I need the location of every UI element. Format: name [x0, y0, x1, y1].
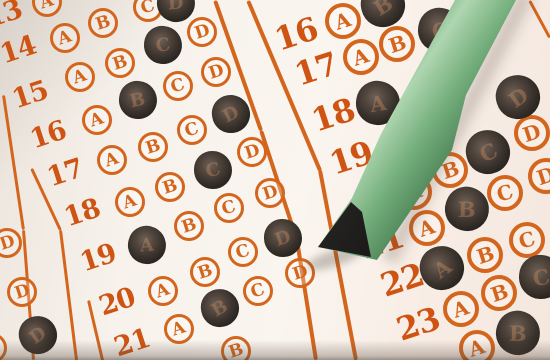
bubble-L13-A: A: [32, 0, 62, 17]
bubble-L19-C: C: [214, 193, 244, 223]
bubble-L21-A: A: [164, 314, 194, 344]
question-number-L14: 14: [0, 30, 40, 70]
question-number-R19: 19: [325, 133, 377, 182]
question-number-L20: 20: [95, 282, 138, 322]
bubble-letter: D: [520, 119, 544, 147]
bubble-sx-D: D: [7, 277, 37, 307]
faint-letter: D: [503, 82, 532, 113]
faint-letter: B: [369, 0, 397, 20]
bubble-letter: A: [450, 295, 472, 323]
bubble-Rx-A: A: [396, 174, 432, 210]
bubble-letter: D: [12, 280, 32, 304]
question-number-L16: 16: [26, 115, 69, 155]
faint-letter: B: [128, 88, 147, 112]
pencil-mark-sx-D: D: [14, 311, 62, 359]
answer-sheet-photo: DDDDC 13A14ABCDD15ABCCD16ABBCD17ABCDD18A…: [0, 0, 550, 360]
bubble-letter: B: [487, 279, 510, 307]
bubble-L15-B: B: [105, 48, 135, 78]
bubble-letter: A: [170, 317, 189, 340]
bubble-letter: A: [71, 65, 90, 88]
bubble-letter: A: [121, 190, 140, 213]
pencil-mark-Rx-C: C: [462, 126, 514, 178]
faint-letter: A: [139, 234, 154, 256]
pencil-mark-L21-B: B: [197, 285, 242, 330]
bubble-letter: B: [93, 11, 113, 34]
bubble-letter: D: [192, 20, 212, 44]
bubble-letter: C: [516, 226, 539, 254]
faint-letter: C: [530, 263, 550, 291]
bubble-L19-D: D: [255, 178, 285, 208]
bubble-L17-C: C: [177, 115, 207, 145]
bubble-letter: C: [0, 336, 2, 359]
bubble-sx-D: D: [0, 228, 22, 258]
bubble-R21-D: D: [528, 158, 550, 194]
question-number-R18: 18: [307, 90, 359, 139]
bubble-L15-A: A: [65, 62, 95, 92]
pencil-mark-L19-A: A: [124, 222, 170, 268]
question-number-L13: 13: [0, 0, 26, 34]
bubble-L16-C: C: [163, 71, 193, 101]
bubble-letter: B: [160, 175, 180, 198]
bubble-letter: C: [233, 240, 252, 263]
pencil-mark-L20-D: D: [264, 219, 303, 258]
bubble-letter: A: [88, 108, 107, 131]
bubble-R23-B: B: [481, 275, 517, 311]
bubble-letter: A: [403, 178, 425, 206]
bubble-letter: A: [103, 148, 122, 171]
faint-letter: B: [458, 197, 476, 222]
bubble-sx-C: C: [0, 333, 7, 360]
faint-letter: A: [368, 89, 388, 116]
pencil-mark-R18-A: A: [353, 78, 403, 128]
bubble-L20-B: B: [190, 257, 220, 287]
bubble-R17-A: A: [343, 39, 379, 75]
bubble-R21-A: A: [409, 210, 445, 246]
faint-letter: C: [203, 158, 223, 182]
bubble-letter: B: [195, 260, 215, 283]
bubble-L15-D: D: [187, 17, 217, 47]
bubble-letter: B: [143, 135, 163, 158]
bubble-L16-A: A: [82, 105, 112, 135]
question-number-L19: 19: [76, 238, 119, 278]
bubble-letter: C: [219, 196, 238, 219]
bubble-L21-D: D: [285, 258, 315, 288]
bubble-letter: C: [168, 74, 187, 97]
pencil-mark-L18-C: C: [194, 151, 233, 190]
question-number-R21: 21: [356, 217, 408, 266]
separator-line-10: [528, 0, 550, 38]
bubble-Rx-B: B: [432, 152, 468, 188]
bubble-letter: D: [260, 181, 280, 205]
bubble-R22-B: B: [467, 237, 503, 273]
bubble-L18-B: B: [155, 172, 185, 202]
bubble-letter: A: [416, 214, 438, 242]
pencil-mark-R17-C: C: [415, 5, 466, 56]
question-number-R23: 23: [392, 299, 444, 348]
bubble-letter: B: [438, 156, 461, 184]
faint-letter: C: [475, 137, 502, 167]
bubble-letter: D: [242, 140, 262, 164]
bubble-L19-B: B: [174, 211, 204, 241]
question-number-L21: 21: [110, 323, 153, 360]
bubble-letter: D: [0, 231, 17, 255]
pencil-mark-R23-C: C: [518, 254, 550, 301]
bubble-L18-A: A: [115, 187, 145, 217]
pencil-mark-Rx-B: B: [490, 305, 546, 360]
faint-letter: B: [208, 295, 232, 321]
bubble-R23-A: A: [443, 291, 479, 327]
bubble-letter: B: [110, 51, 130, 74]
bubble-letter: B: [226, 339, 246, 360]
question-number-L18: 18: [60, 193, 103, 233]
pencil-mark-L16-B: B: [117, 79, 159, 121]
faint-letter: D: [219, 101, 242, 127]
bubble-letter: A: [154, 279, 173, 302]
bubble-L21-C: C: [243, 276, 273, 306]
bubble-Lx-B: B: [221, 336, 251, 360]
faint-letter: D: [168, 0, 185, 14]
bubble-letter: D: [206, 60, 226, 84]
pencil-mark-L15-C: C: [142, 24, 184, 66]
bubble-L16-D: D: [201, 57, 231, 87]
separator-line-3: [59, 230, 78, 360]
bubble-R21-C: C: [487, 175, 523, 211]
bubble-letter: C: [182, 118, 201, 141]
bubble-L14-A: A: [50, 23, 80, 53]
bubble-L20-C: C: [228, 237, 258, 267]
separator-line-0: [2, 95, 25, 230]
bubble-letter: D: [290, 261, 310, 285]
bubble-L20-A: A: [148, 276, 178, 306]
faint-letter: C: [154, 33, 172, 57]
bubble-letter: C: [138, 0, 157, 19]
bubble-letter: A: [332, 7, 354, 35]
bubble-letter: B: [473, 241, 496, 269]
faint-letter: C: [430, 16, 450, 43]
bubble-R16-A: A: [325, 3, 361, 39]
bubble-letter: B: [179, 214, 199, 237]
bubble-letter: B: [385, 30, 408, 58]
bubble-R17-B: B: [379, 26, 415, 62]
bubble-letter: C: [248, 279, 267, 302]
faint-letter: A: [428, 253, 456, 283]
bubble-letter: D: [534, 162, 550, 190]
bubble-L17-B: B: [138, 132, 168, 162]
separator-line-9: [318, 170, 358, 360]
bubble-letter: A: [56, 26, 75, 49]
bubble-L18-D: D: [237, 137, 267, 167]
question-number-L15: 15: [8, 75, 51, 115]
bubble-L17-A: A: [97, 145, 127, 175]
faint-letter: D: [25, 322, 50, 348]
bubble-Rx-A: A: [459, 330, 495, 360]
bubble-L14-B: B: [88, 8, 118, 38]
bubble-letter: C: [494, 179, 517, 207]
pencil-mark-L17-D: D: [209, 92, 252, 135]
faint-letter: B: [509, 320, 527, 345]
bubble-R22-C: C: [509, 222, 545, 258]
faint-letter: D: [272, 226, 294, 251]
bubble-letter: A: [350, 43, 372, 71]
question-number-L17: 17: [43, 153, 86, 193]
bubble-letter: A: [38, 0, 57, 14]
bubble-Rx-D: D: [514, 115, 550, 151]
bubble-letter: A: [466, 334, 488, 360]
